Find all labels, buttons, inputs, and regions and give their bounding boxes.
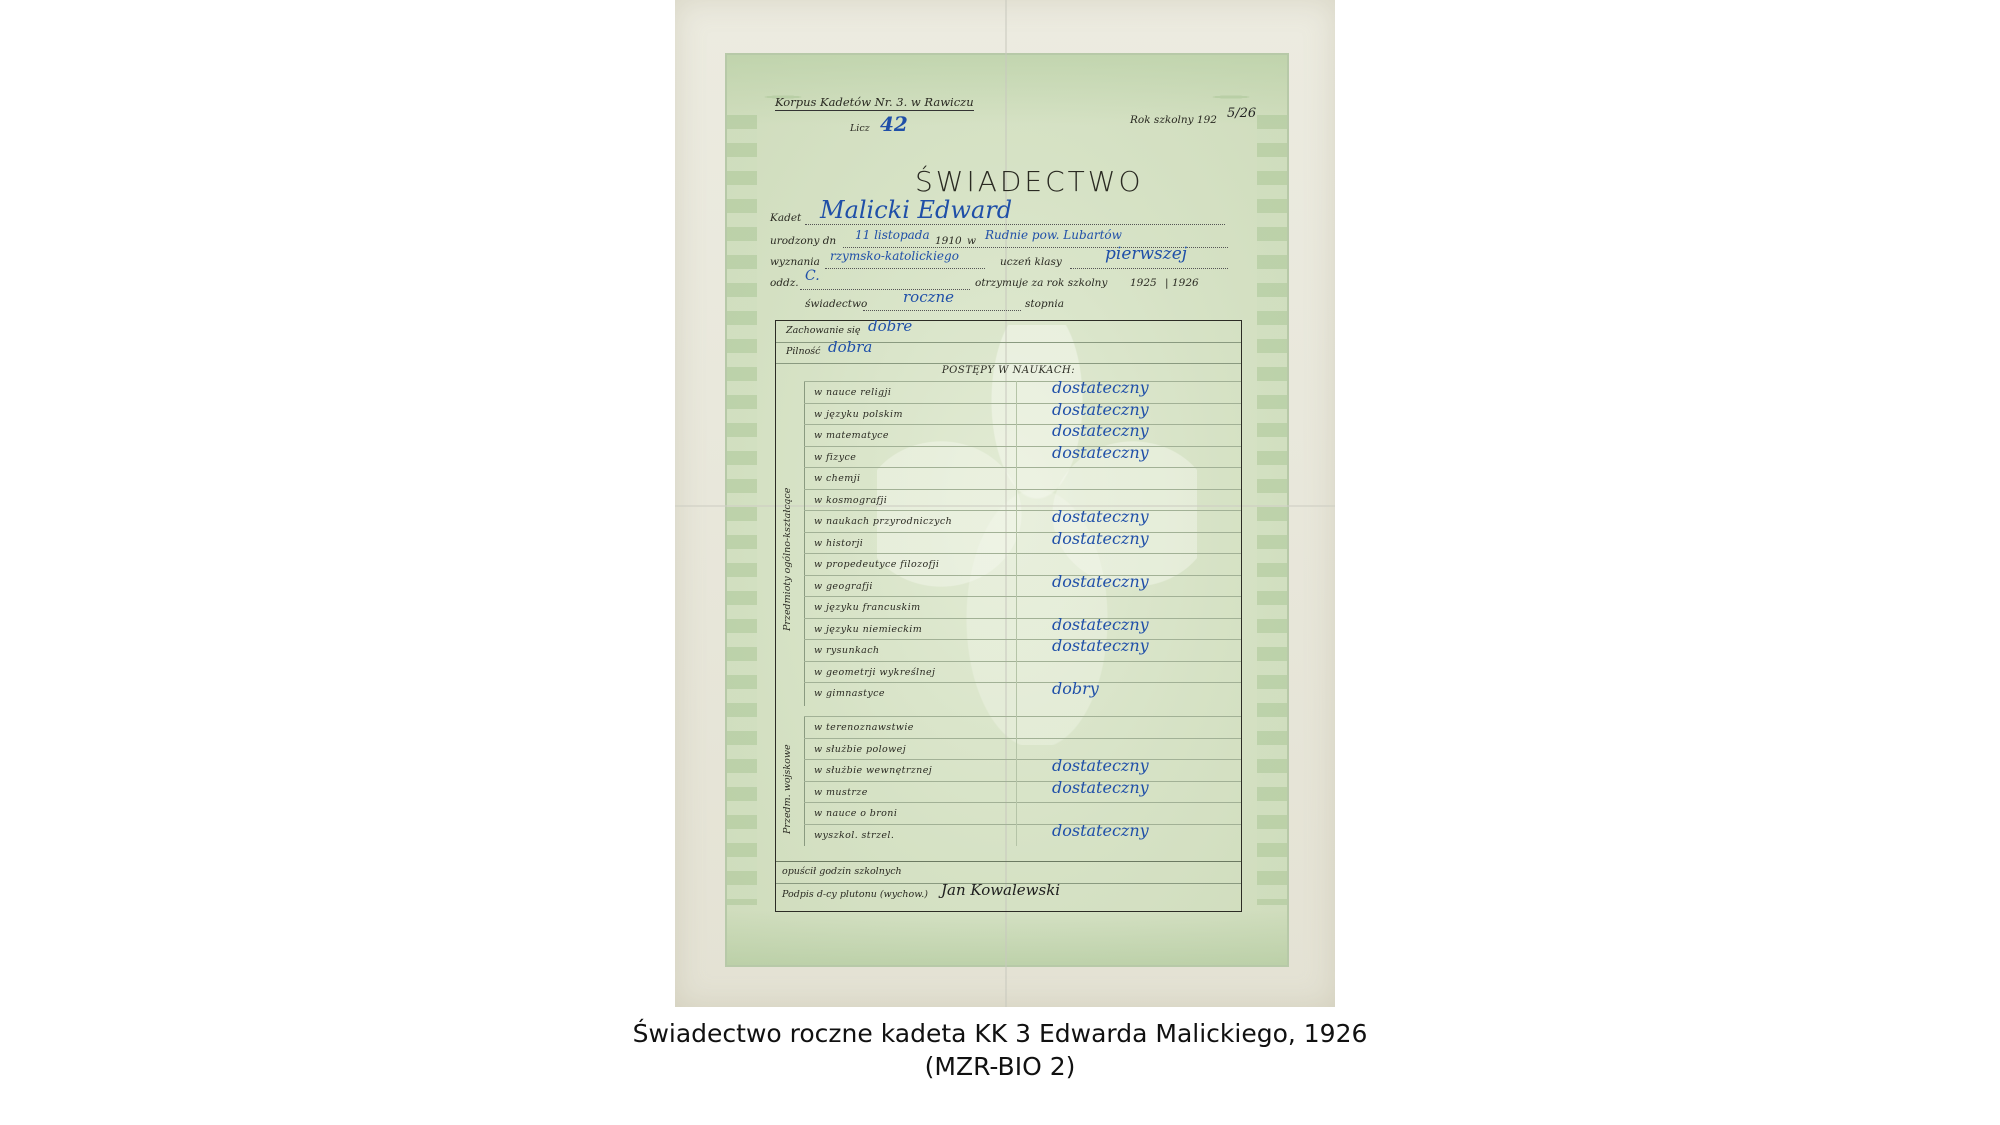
subject-grade: dostateczny [1052, 400, 1149, 419]
subject-grade: dostateczny [1052, 378, 1149, 397]
division-value: C. [805, 268, 820, 284]
receives-to: 1926 [1172, 277, 1199, 289]
subject-name: w terenoznawstwie [814, 722, 914, 733]
absence-label: opuścił godzin szkolnych [782, 866, 902, 877]
born-label: urodzony dn [770, 235, 836, 247]
class-value: pierwszej [1105, 244, 1187, 264]
certificate-photo: Korpus Kadetów Nr. 3. w Rawiczu Licz 42 … [675, 0, 1335, 1007]
document-title: ŚWIADECTWO [915, 165, 1144, 198]
military-group-label: Przedm. wojskowe [782, 744, 793, 834]
subject-row: w propedeutyce filozofji [804, 553, 1241, 575]
subject-grade: dostateczny [1052, 507, 1149, 526]
degree-label: stopnia [1025, 298, 1064, 310]
born-in-label: w [967, 235, 976, 247]
conduct-label: Zachowanie się [786, 325, 861, 336]
subject-name: w propedeutyce filozofji [814, 559, 939, 570]
signature: Jan Kowalewski [941, 881, 1060, 899]
kadet-value: Malicki Edward [820, 196, 1012, 224]
subject-row: w nauce religjidostateczny [804, 381, 1241, 403]
subject-name: w nauce o broni [814, 808, 897, 819]
subject-row: w naukach przyrodniczychdostateczny [804, 510, 1241, 532]
subject-name: w służbie wewnętrznej [814, 765, 932, 776]
subject-name: w geografji [814, 581, 873, 592]
conduct-value: dobre [868, 317, 912, 335]
subject-row: w gimnastycedobry [804, 682, 1241, 704]
subject-name: w matematyce [814, 430, 889, 441]
subject-grade: dostateczny [1052, 778, 1149, 797]
general-subjects: Przedmioty ogólno-kształcące w nauce rel… [776, 381, 1241, 706]
subject-row: w mustrzedostateczny [804, 781, 1241, 803]
subject-row: w służbie wewnętrznejdostateczny [804, 759, 1241, 781]
subject-row: w geografjidostateczny [804, 575, 1241, 597]
subject-name: w chemji [814, 473, 860, 484]
subject-grade: dostateczny [1052, 572, 1149, 591]
kadet-label: Kadet [770, 212, 801, 224]
number-value: 42 [880, 112, 908, 136]
certificate-label: świadectwo [805, 298, 867, 310]
ornament-left [727, 115, 757, 905]
subject-row: w języku polskimdostateczny [804, 403, 1241, 425]
diligence-label: Pilność [786, 346, 821, 357]
subject-name: w naukach przyrodniczych [814, 516, 952, 527]
subject-row: w historjidostateczny [804, 532, 1241, 554]
subject-name: w historji [814, 538, 863, 549]
class-label: uczeń klasy [1000, 256, 1062, 268]
subject-row: w matematycedostateczny [804, 424, 1241, 446]
subject-grade: dostateczny [1052, 756, 1149, 775]
subject-name: w mustrze [814, 787, 868, 798]
born-place: Rudnie pow. Lubartów [985, 228, 1122, 242]
subject-name: w rysunkach [814, 645, 879, 656]
caption-line-1: Świadectwo roczne kadeta KK 3 Edwarda Ma… [0, 1017, 2000, 1050]
division-label: oddz. [770, 277, 799, 289]
subject-grade: dostateczny [1052, 636, 1149, 655]
ornament-bottom [727, 910, 1287, 965]
subject-name: w nauce religji [814, 387, 891, 398]
subject-name: w języku niemieckim [814, 624, 922, 635]
general-group-label: Przedmioty ogólno-kształcące [782, 488, 793, 631]
subject-name: wyszkol. strzel. [814, 830, 894, 841]
subject-row: w służbie polowej [804, 738, 1241, 760]
subject-name: w gimnastyce [814, 688, 885, 699]
subject-row: w geometrji wykreślnej [804, 661, 1241, 683]
school-year-label: Rok szkolny 192 [1130, 114, 1217, 126]
religion-label: wyznania [770, 256, 820, 268]
subject-grade: dobry [1052, 679, 1099, 698]
school-year-value: 5/26 [1227, 106, 1256, 121]
subject-name: w języku polskim [814, 409, 903, 420]
subject-grade: dostateczny [1052, 443, 1149, 462]
subject-row: w języku francuskim [804, 596, 1241, 618]
caption-line-2: (MZR-BIO 2) [0, 1050, 2000, 1083]
subject-grade: dostateczny [1052, 529, 1149, 548]
subject-row: w rysunkachdostateczny [804, 639, 1241, 661]
diligence-value: dobra [828, 338, 872, 356]
subject-name: w kosmografji [814, 495, 887, 506]
military-subjects: Przedm. wojskowe w terenoznawstwiew służ… [776, 716, 1241, 846]
subject-row: wyszkol. strzel.dostateczny [804, 824, 1241, 846]
subject-name: w fizyce [814, 452, 856, 463]
subject-grade: dostateczny [1052, 421, 1149, 440]
grades-table: Zachowanie się dobre Pilność dobra POSTĘ… [775, 320, 1242, 912]
born-day: 11 listopada [855, 228, 930, 242]
subject-row: w języku niemieckimdostateczny [804, 618, 1241, 640]
subject-row: w fizycedostateczny [804, 446, 1241, 468]
school-name: Korpus Kadetów Nr. 3. w Rawiczu [775, 95, 974, 111]
certificate-type: roczne [903, 288, 954, 306]
subject-row: w kosmografji [804, 489, 1241, 511]
number-label: Licz [850, 123, 870, 134]
receives-label: otrzymuje za rok szkolny [975, 277, 1107, 289]
subject-name: w języku francuskim [814, 602, 921, 613]
subject-row: w nauce o broni [804, 802, 1241, 824]
subject-row: w chemji [804, 467, 1241, 489]
subject-name: w geometrji wykreślnej [814, 667, 935, 678]
religion-value: rzymsko-katolickiego [830, 249, 959, 263]
subject-grade: dostateczny [1052, 615, 1149, 634]
progress-title: POSTĘPY W NAUKACH: [776, 365, 1241, 376]
born-year: 1910 [935, 235, 962, 247]
subject-row: w terenoznawstwie [804, 716, 1241, 738]
subject-name: w służbie polowej [814, 744, 906, 755]
ornament-right [1257, 115, 1287, 905]
subject-grade: dostateczny [1052, 821, 1149, 840]
signature-label: Podpis d-cy plutonu (wychow.) [782, 889, 928, 900]
receives-from: 1925 [1130, 277, 1157, 289]
